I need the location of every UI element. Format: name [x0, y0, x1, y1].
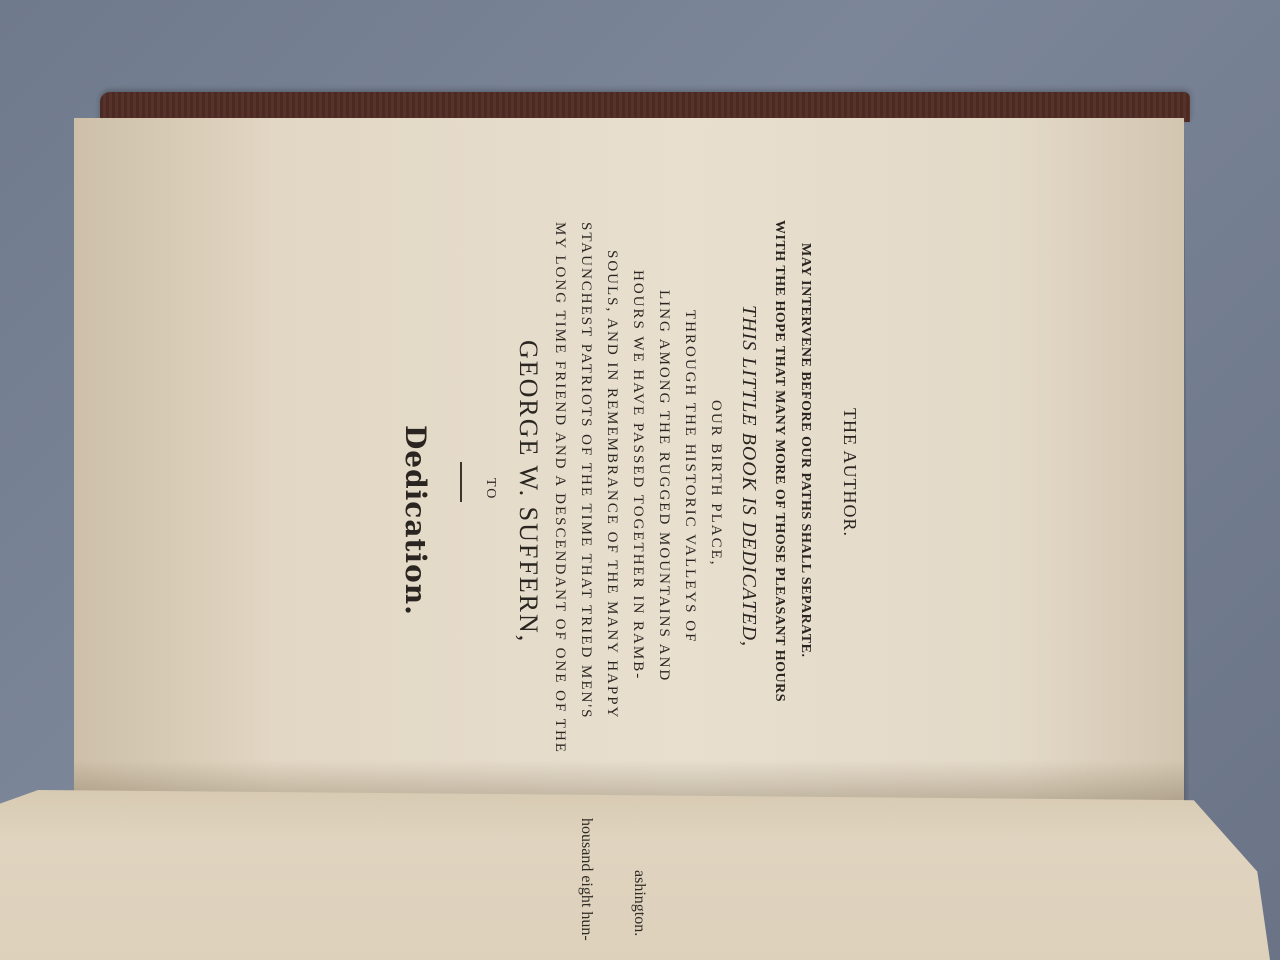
body-line: HOURS WE HAVE PASSED TOGETHER IN RAMB- — [625, 270, 650, 680]
book-cloth-binding — [100, 92, 1190, 122]
body-line: MY LONG TIME FRIEND AND A DESCENDANT OF … — [547, 222, 572, 754]
heading-rule — [460, 462, 462, 502]
body-line: OUR BIRTH PLACE, — [703, 400, 728, 567]
body-line: STAUNCHEST PATRIOTS OF THE TIME THAT TRI… — [573, 222, 598, 719]
facing-page-fragment: ashington. — [630, 870, 648, 936]
dedicatee-name: GEORGE W. SUFFERN, — [513, 340, 543, 643]
facing-page-fragment: housand eight hun- — [577, 818, 595, 941]
dedication-heading: Dedication. — [399, 425, 432, 616]
body-line: LING AMONG THE RUGGED MOUNTAINS AND — [651, 290, 676, 682]
to-label: TO — [482, 478, 498, 500]
closing-line: WITH THE HOPE THAT MANY MORE OF THOSE PL… — [766, 220, 792, 702]
body-line: SOULS, AND IN REMEMBRANCE OF THE MANY HA… — [599, 250, 624, 719]
author-signature: THE AUTHOR. — [839, 408, 860, 537]
closing-line: MAY INTERVENE BEFORE OUR PATHS SHALL SEP… — [792, 243, 818, 657]
body-line: THROUGH THE HISTORIC VALLEYS OF — [677, 310, 702, 643]
dedication-line: THIS LITTLE BOOK IS DEDICATED, — [737, 305, 760, 647]
